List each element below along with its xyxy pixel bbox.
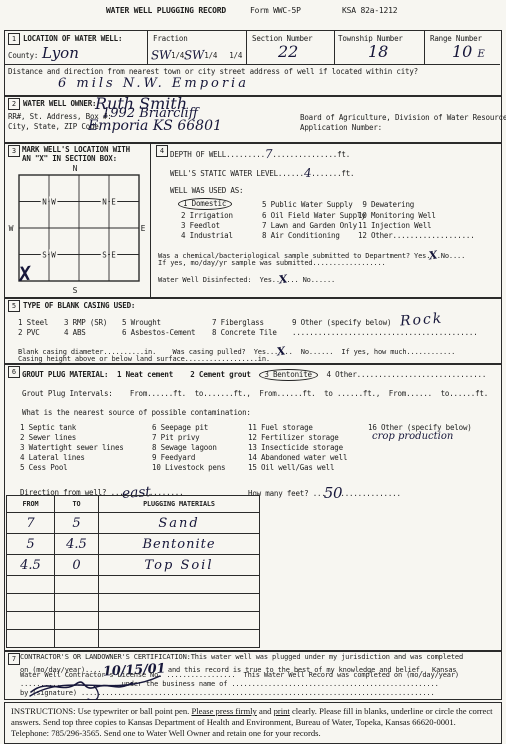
grid-north-label: N (73, 164, 78, 173)
used-as-label: WELL WAS USED AS: (170, 187, 243, 196)
to-value (55, 576, 99, 594)
table-row: 7 5 Sand (7, 513, 260, 534)
static-level-value: 4 (304, 167, 312, 181)
divider (147, 30, 148, 64)
statute-number: KSA 82a-1212 (342, 6, 397, 15)
to-value (55, 630, 99, 648)
casing-option: 1 Steel (18, 319, 48, 328)
table-row: 4.5 0 Top Soil (7, 555, 260, 576)
contamination-option: 9 Feedyard (152, 454, 195, 463)
contamination-option: 14 Abandoned water well (248, 454, 347, 463)
casing-option: 8 Concrete Tile (212, 329, 277, 338)
fraction-quarter-1: 1/4 (171, 51, 184, 60)
depth-suffix: ...............ft. (272, 150, 350, 159)
use-option: 6 Oil Field Water Supply (262, 212, 366, 221)
fraction-quarter-3: 1/4 (229, 51, 242, 60)
to-value: 4.5 (55, 534, 99, 555)
distance-value: 6 mils N.W. Emporia (58, 76, 249, 91)
feet-line: How many feet? ...50.............. (248, 483, 401, 500)
contamination-option: 15 Oil well/Gas well (248, 464, 334, 473)
section7-number: 7 (8, 653, 20, 665)
contamination-option: 11 Fuel storage (248, 424, 313, 433)
certification-line1: CONTRACTOR'S OR LANDOWNER'S CERTIFICATIO… (20, 653, 463, 661)
to-value: 5 (55, 513, 99, 534)
plugging-materials-table: FROM TO PLUGGING MATERIALS 7 5 Sand 5 4.… (6, 495, 260, 648)
agency-label: Board of Agriculture, Division of Water … (300, 114, 506, 123)
casing-option: 3 RMP (SR) (64, 319, 107, 328)
section1-title: LOCATION OF WATER WELL: (23, 35, 122, 44)
disinfected-label: Water Well Disinfected: Yes.. (158, 276, 280, 284)
grid-east-label: E (141, 224, 146, 233)
grid-ne-label: N E (102, 198, 116, 207)
col-header-materials: PLUGGING MATERIALS (99, 496, 260, 513)
city-value: Emporia KS 66801 (88, 118, 222, 134)
use-option: 5 Public Water Supply (262, 201, 353, 210)
static-level-label: WELL'S STATIC WATER LEVEL...... (170, 169, 304, 178)
contamination-option: 10 Livestock pens (152, 464, 225, 473)
section5-number: 5 (8, 300, 20, 312)
instructions-text: INSTRUCTIONS: Use typewriter or ball poi… (11, 706, 191, 716)
depth-value: 7 (265, 148, 273, 162)
section6-number: 6 (8, 366, 20, 378)
instructions-underlined-2: print (274, 706, 290, 716)
divider (150, 142, 151, 297)
from-value: 5 (7, 534, 55, 555)
casing-option: 9 Other (specify below) (292, 319, 391, 328)
section1-number: 1 (8, 33, 20, 45)
casing-option: 5 Wrought (122, 319, 161, 328)
to-value (55, 594, 99, 612)
disinfected-suffix: ... No...... (286, 276, 335, 284)
grid-south-label: S (73, 286, 78, 295)
casing-option: 4 ABS (64, 329, 86, 338)
county-value: Lyon (42, 44, 79, 62)
use-option: 12 Other................... (358, 232, 475, 241)
material-value: Sand (99, 513, 260, 534)
township-number-value: 18 (368, 42, 388, 61)
contamination-option: 6 Seepage pit (152, 424, 208, 433)
grout-other-label: 4 Other.............................. (318, 370, 486, 379)
form-title: WATER WELL PLUGGING RECORD (106, 6, 226, 15)
section2-number: 2 (8, 98, 20, 110)
section3-number: 3 (8, 145, 20, 157)
contamination-other-value: crop production (372, 431, 453, 442)
fraction-hw-2: SW (184, 49, 205, 63)
application-number-label: Application Number: (300, 124, 382, 133)
scanned-form-page: WATER WELL PLUGGING RECORD Form WWC-5P K… (0, 0, 506, 744)
casing-option: 6 Asbestos-Cement (122, 329, 195, 338)
casing-height-line: Casing height above or below land surfac… (18, 355, 270, 363)
from-value (7, 576, 55, 594)
nearest-source-label: What is the nearest source of possible c… (22, 409, 251, 418)
contamination-option: 3 Watertight sewer lines (20, 444, 124, 453)
material-value: Top Soil (99, 555, 260, 576)
depth-of-well-line: DEPTH OF WELL.........7...............ft… (170, 147, 350, 161)
grid-nw-label: N W (42, 198, 56, 207)
static-level-line: WELL'S STATIC WATER LEVEL......4.......f… (170, 166, 354, 180)
fraction-label: Fraction (153, 35, 188, 44)
casing-option: 2 PVC (18, 329, 40, 338)
county-label: County: (8, 52, 38, 61)
range-direction: E (477, 49, 484, 60)
material-value (99, 612, 260, 630)
grid-west-label: W (9, 224, 14, 233)
range-value: 10 (452, 42, 472, 61)
material-value: Bentonite (99, 534, 260, 555)
table-row-empty (7, 630, 260, 648)
col-header-to: TO (55, 496, 99, 513)
contamination-option: 2 Sewer lines (20, 434, 76, 443)
material-value (99, 576, 260, 594)
use-option: 8 Air Conditioning (262, 232, 340, 241)
section4-number: 4 (156, 145, 168, 157)
circled-option-bentonite: 3 Bentonite (259, 369, 317, 381)
grout-intervals-line: Grout Plug Intervals: From......ft. to..… (22, 390, 488, 399)
form-number: Form WWC-5P (250, 6, 301, 15)
col-header-from: FROM (7, 496, 55, 513)
casing-option: 7 Fiberglass (212, 319, 264, 328)
section5-title: TYPE OF BLANK CASING USED: (23, 302, 135, 311)
circled-option-domestic: 1 Domestic (178, 198, 232, 210)
feet-value: 50 (324, 485, 343, 502)
divider (246, 30, 247, 64)
sample-date-line: If yes, mo/day/yr sample was submitted..… (158, 259, 386, 267)
contractor-signature (28, 668, 163, 700)
range-number-value: 10 E (452, 42, 485, 61)
casing-other-dots: ........................................… (292, 329, 478, 338)
instructions-text: and (257, 706, 274, 716)
contamination-option: 7 Pit privy (152, 434, 199, 443)
table-row-empty (7, 576, 260, 594)
use-option: 9 Dewatering (358, 201, 414, 210)
owner-label: WATER WELL OWNER: (23, 100, 96, 109)
casing-other-value: Rock (399, 311, 443, 330)
section-number-value: 22 (278, 42, 298, 61)
contamination-option: 8 Sewage lagoon (152, 444, 217, 453)
material-value (99, 630, 260, 648)
section-location-grid: N N W N E S W S E W E S X (6, 162, 148, 296)
table-row-empty (7, 612, 260, 630)
sample-question-suffix: .No.... (437, 252, 465, 260)
use-option: 2 Irrigation (181, 212, 233, 221)
use-option-domestic: 1 Domestic (178, 200, 232, 209)
casing-pulled-yes-x-mark: X (276, 345, 286, 359)
grid-sw-label: S W (42, 251, 56, 260)
depth-label: DEPTH OF WELL......... (170, 150, 265, 159)
divider (4, 64, 500, 65)
use-option: 10 Monitoring Well (358, 212, 436, 221)
from-value: 7 (7, 513, 55, 534)
material-value (99, 594, 260, 612)
divider (424, 30, 425, 64)
disinfected-yes-x-mark: X (278, 273, 288, 287)
fraction-hw-1: SW (151, 49, 172, 63)
use-option: 11 Injection Well (358, 222, 431, 231)
from-value (7, 612, 55, 630)
fraction-value: SW1/4SW1/41/4 (151, 48, 242, 62)
contamination-option: 12 Fertilizer storage (248, 434, 339, 443)
contamination-option: 13 Insecticide storage (248, 444, 343, 453)
from-value (7, 630, 55, 648)
disinfected-line: Water Well Disinfected: Yes..X... No....… (158, 273, 335, 286)
casing-pulled-suffix: .. No...... If yes, how much............ (285, 348, 456, 356)
grout-material-line: GROUT PLUG MATERIAL: 1 Neat cement 2 Cem… (22, 371, 486, 380)
to-value (55, 612, 99, 630)
grout-material-label: GROUT PLUG MATERIAL: 1 Neat cement 2 Cem… (22, 370, 259, 379)
use-option: 4 Industrial (181, 232, 233, 241)
from-value: 4.5 (7, 555, 55, 576)
to-value: 0 (55, 555, 99, 576)
use-option: 7 Lawn and Garden Only (262, 222, 357, 231)
feet-dots: .............. (340, 489, 400, 498)
contamination-option: 4 Lateral lines (20, 454, 85, 463)
use-option: 3 Feedlot (181, 222, 220, 231)
from-value (7, 594, 55, 612)
table-row-empty (7, 594, 260, 612)
contamination-option: 1 Septic tank (20, 424, 76, 433)
grid-se-label: S E (102, 251, 116, 260)
fraction-quarter-2: 1/4 (204, 51, 217, 60)
table-header-row: FROM TO PLUGGING MATERIALS (7, 496, 260, 513)
table-row: 5 4.5 Bentonite (7, 534, 260, 555)
divider (334, 30, 335, 64)
well-location-x-mark: X (16, 262, 33, 285)
static-level-suffix: .......ft. (311, 169, 354, 178)
instructions-underlined-1: Please press firmly (191, 706, 256, 716)
contamination-option: 5 Cess Pool (20, 464, 67, 473)
instructions-block: INSTRUCTIONS: Use typewriter or ball poi… (4, 702, 502, 744)
